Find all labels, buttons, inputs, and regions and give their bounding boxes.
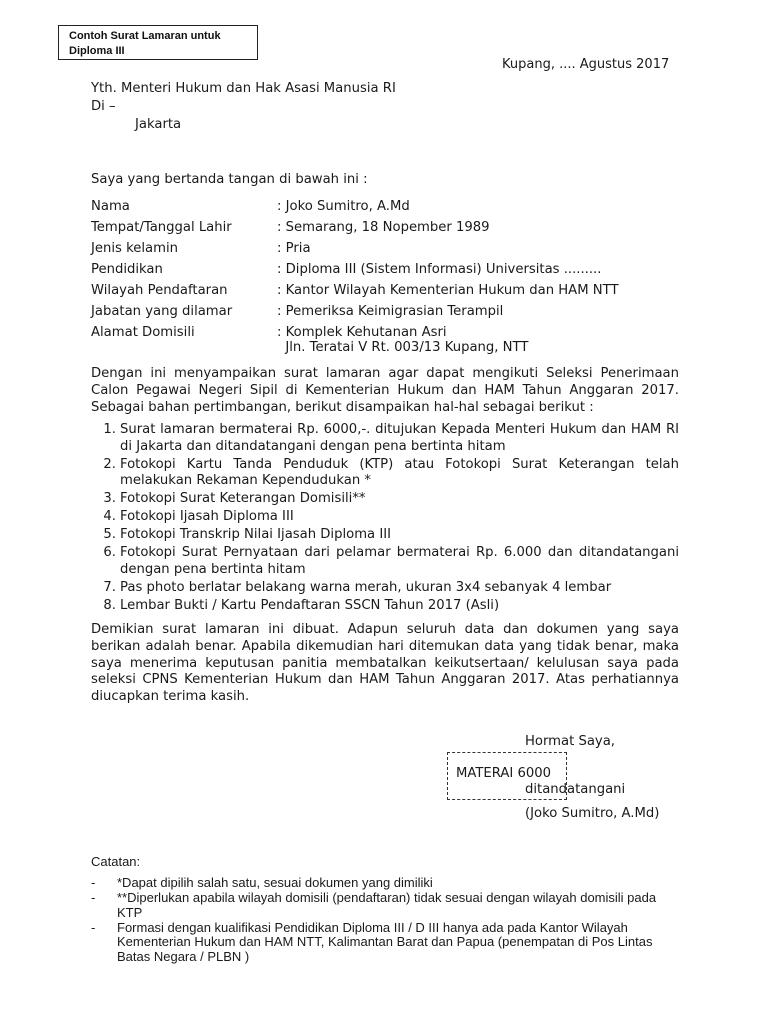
field-label: Tempat/Tanggal Lahir	[91, 217, 277, 238]
notes-title: Catatan:	[91, 854, 140, 869]
field-label: Wilayah Pendaftaran	[91, 280, 277, 301]
addressee-di: Di –	[91, 98, 396, 116]
field-row-position: Jabatan yang dilamar : Pemeriksa Keimigr…	[91, 301, 619, 322]
list-item: 4. Fotokopi Ijasah Diploma III	[91, 509, 679, 526]
field-row-region: Wilayah Pendaftaran : Kantor Wilayah Kem…	[91, 280, 619, 301]
list-text: Lembar Bukti / Kartu Pendaftaran SSCN Ta…	[120, 598, 679, 615]
notes-list: - *Dapat dipilih salah satu, sesuai doku…	[91, 876, 681, 965]
requirements-list: 1. Surat lamaran bermaterai Rp. 6000,-. …	[91, 422, 679, 616]
document-title-box: Contoh Surat Lamaran untuk Diploma III	[58, 25, 258, 60]
intro-text: Saya yang bertanda tangan di bawah ini :	[91, 172, 368, 187]
field-value: : Pria	[277, 238, 311, 259]
list-item: 2. Fotokopi Kartu Tanda Penduduk (KTP) a…	[91, 457, 679, 490]
field-value: : Semarang, 18 Nopember 1989	[277, 217, 490, 238]
note-text: *Dapat dipilih salah satu, sesuai dokume…	[117, 876, 681, 891]
list-text: Fotokopi Kartu Tanda Penduduk (KTP) atau…	[120, 457, 679, 490]
note-text: **Diperlukan apabila wilayah domisili (p…	[117, 891, 681, 920]
addressee-line: Yth. Menteri Hukum dan Hak Asasi Manusia…	[91, 80, 396, 98]
field-value-line2: Jln. Teratai V Rt. 003/13 Kupang, NTT	[277, 340, 528, 355]
list-number: 7.	[91, 580, 120, 597]
signature-note: ditandatangani	[525, 782, 625, 797]
field-row-birth: Tempat/Tanggal Lahir : Semarang, 18 Nope…	[91, 217, 619, 238]
list-item: 1. Surat lamaran bermaterai Rp. 6000,-. …	[91, 422, 679, 455]
field-value: : Kantor Wilayah Kementerian Hukum dan H…	[277, 280, 619, 301]
paragraph-purpose: Dengan ini menyampaikan surat lamaran ag…	[91, 366, 679, 416]
list-number: 2.	[91, 457, 120, 490]
field-row-education: Pendidikan : Diploma III (Sistem Informa…	[91, 259, 619, 280]
field-value: : Diploma III (Sistem Informasi) Univers…	[277, 259, 601, 280]
field-value: : Pemeriksa Keimigrasian Terampil	[277, 301, 503, 322]
list-text: Fotokopi Surat Pernyataan dari pelamar b…	[120, 545, 679, 578]
list-number: 4.	[91, 509, 120, 526]
list-text: Surat lamaran bermaterai Rp. 6000,-. dit…	[120, 422, 679, 455]
list-number: 5.	[91, 527, 120, 544]
list-item: 7. Pas photo berlatar belakang warna mer…	[91, 580, 679, 597]
list-item: 6. Fotokopi Surat Pernyataan dari pelama…	[91, 545, 679, 578]
addressee-block: Yth. Menteri Hukum dan Hak Asasi Manusia…	[91, 80, 396, 134]
field-value: : Komplek Kehutanan Asri	[277, 325, 528, 340]
field-label: Nama	[91, 196, 277, 217]
dash-bullet: -	[91, 921, 117, 965]
field-label: Jenis kelamin	[91, 238, 277, 259]
list-number: 1.	[91, 422, 120, 455]
list-item: 8. Lembar Bukti / Kartu Pendaftaran SSCN…	[91, 598, 679, 615]
field-label: Alamat Domisili	[91, 325, 277, 355]
note-item: - **Diperlukan apabila wilayah domisili …	[91, 891, 681, 920]
addressee-city: Jakarta	[91, 116, 396, 134]
applicant-fields: Nama : Joko Sumitro, A.Md Tempat/Tanggal…	[91, 196, 619, 355]
title-line-2: Diploma III	[69, 44, 247, 59]
closing-greeting: Hormat Saya,	[525, 734, 615, 749]
field-row-address: Alamat Domisili : Komplek Kehutanan Asri…	[91, 322, 619, 355]
note-item: - Formasi dengan kualifikasi Pendidikan …	[91, 921, 681, 965]
signer-name: (Joko Sumitro, A.Md)	[525, 806, 659, 821]
place-date: Kupang, .... Agustus 2017	[502, 57, 669, 72]
list-text: Fotokopi Transkrip Nilai Ijasah Diploma …	[120, 527, 679, 544]
list-text: Pas photo berlatar belakang warna merah,…	[120, 580, 679, 597]
list-item: 3. Fotokopi Surat Keterangan Domisili**	[91, 491, 679, 508]
list-text: Fotokopi Ijasah Diploma III	[120, 509, 679, 526]
field-label: Jabatan yang dilamar	[91, 301, 277, 322]
list-text: Fotokopi Surat Keterangan Domisili**	[120, 491, 679, 508]
list-number: 3.	[91, 491, 120, 508]
list-number: 8.	[91, 598, 120, 615]
field-value-multiline: : Komplek Kehutanan Asri Jln. Teratai V …	[277, 325, 528, 355]
dash-bullet: -	[91, 891, 117, 920]
paragraph-closing: Demikian surat lamaran ini dibuat. Adapu…	[91, 622, 679, 706]
dash-bullet: -	[91, 876, 117, 891]
note-text: Formasi dengan kualifikasi Pendidikan Di…	[117, 921, 681, 965]
title-line-1: Contoh Surat Lamaran untuk	[69, 29, 247, 44]
field-value: : Joko Sumitro, A.Md	[277, 196, 410, 217]
stamp-label: MATERAI 6000	[456, 766, 551, 781]
field-row-gender: Jenis kelamin : Pria	[91, 238, 619, 259]
field-label: Pendidikan	[91, 259, 277, 280]
note-item: - *Dapat dipilih salah satu, sesuai doku…	[91, 876, 681, 891]
list-item: 5. Fotokopi Transkrip Nilai Ijasah Diplo…	[91, 527, 679, 544]
list-number: 6.	[91, 545, 120, 578]
field-row-name: Nama : Joko Sumitro, A.Md	[91, 196, 619, 217]
